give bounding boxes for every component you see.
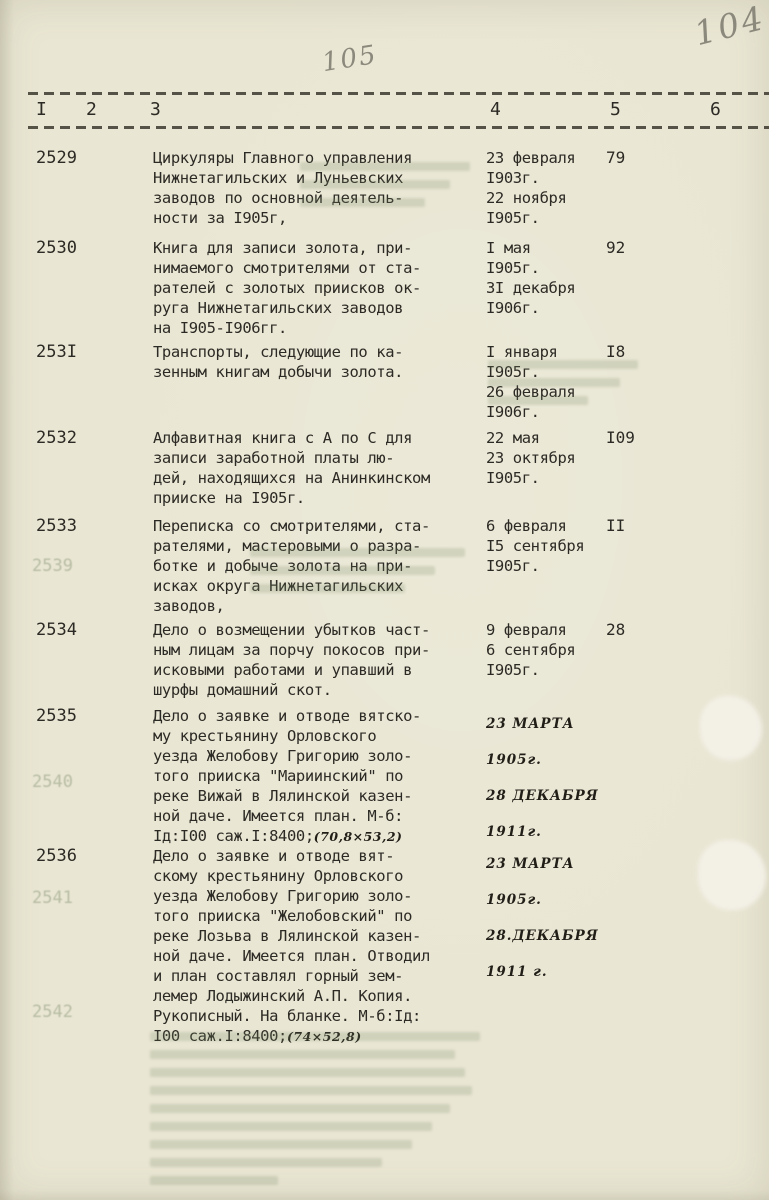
entry-number: 2534 — [36, 620, 126, 640]
bleed-through-text-line — [150, 1086, 472, 1095]
description-line: того прииска "Желобовский" по — [153, 906, 493, 926]
entry-description: Алфавитная книга с А по С длязаписи зара… — [153, 428, 493, 508]
date-line: 28 ДЕКАБРЯ — [486, 778, 636, 814]
bleed-through-text-line — [250, 584, 405, 593]
column-header-2: 2 — [86, 99, 97, 120]
bleed-through-text-line — [488, 396, 588, 405]
bleed-through-text-line — [300, 180, 450, 189]
description-line: реке Вижай в Лялинской казен- — [153, 786, 493, 806]
bleed-through-text-line — [150, 1140, 412, 1149]
date-line: 3I декабря — [486, 278, 611, 298]
entry-dates-handwritten: 23 МАРТА1905г.28.ДЕКАБРЯ1911 г. — [486, 846, 636, 990]
date-line: I905г. — [486, 556, 611, 576]
entry-description: Дело о возмещении убытков част-ным лицам… — [153, 620, 493, 700]
description-line: руга Нижнетагильских заводов — [153, 298, 493, 318]
entry-description: Дело о заявке и отводе вятско-му крестья… — [153, 706, 493, 847]
date-line: 22 ноября — [486, 188, 611, 208]
entry-number: 2536 — [36, 846, 126, 866]
sheet-count: I8 — [606, 342, 666, 361]
bleed-through-text-line — [488, 360, 638, 369]
date-line: 23 МАРТА 1905г. — [486, 706, 636, 778]
bleed-through-entry-number: 2542 — [32, 1002, 73, 1022]
date-line: I906г. — [486, 298, 611, 318]
description-line: исковыми работами и упавший в — [153, 660, 493, 680]
date-line: 6 февраля — [486, 516, 611, 536]
sheet-count: 92 — [606, 238, 666, 257]
entry-dates: 9 февраля6 сентябряI905г. — [486, 620, 611, 680]
description-line: Алфавитная книга с А по С для — [153, 428, 493, 448]
entry-number: 2529 — [36, 148, 126, 168]
bleed-through-text-line — [300, 162, 470, 171]
bleed-through-text-line — [150, 1104, 450, 1113]
description-line: му крестьянину Орловского — [153, 726, 493, 746]
date-line: I905г. — [486, 660, 611, 680]
entry-description: Дело о заявке и отводе вят-скому крестья… — [153, 846, 493, 1047]
column-header-3: 3 — [150, 99, 161, 120]
entry-number: 2532 — [36, 428, 126, 448]
correction-patch — [698, 840, 766, 910]
sheet-count: II — [606, 516, 666, 535]
entry-dates: 22 мая23 октябряI905г. — [486, 428, 611, 488]
entry-number: 2533 — [36, 516, 126, 536]
date-line: 1905г. — [486, 882, 636, 918]
date-line: I мая — [486, 238, 611, 258]
bleed-through-entry-number: 2541 — [32, 888, 73, 908]
bleed-through-text-line — [150, 1068, 465, 1077]
description-line: Транспорты, следующие по ка- — [153, 342, 493, 362]
bleed-through-entry-number: 2540 — [32, 772, 73, 792]
bleed-through-entry-number: 2539 — [32, 556, 73, 576]
description-line: прииске на I905г. — [153, 488, 493, 508]
description-line: шурфы домашний скот. — [153, 680, 493, 700]
date-line: I903г. — [486, 168, 611, 188]
date-line: 6 сентября — [486, 640, 611, 660]
description-line: уезда Желобову Григорию золо- — [153, 886, 493, 906]
date-line: 1911 г. — [486, 954, 636, 990]
bleed-through-text-line — [150, 1158, 382, 1167]
date-line: I905г. — [486, 468, 611, 488]
sheet-count: I09 — [606, 428, 666, 447]
description-line: ным лицам за порчу покосов при- — [153, 640, 493, 660]
description-line: лемер Лодыжинский А.П. Копия. — [153, 986, 493, 1006]
date-line: I5 сентября — [486, 536, 611, 556]
date-line: I января — [486, 342, 611, 362]
description-line: Дело о заявке и отводе вятско- — [153, 706, 493, 726]
bleed-through-text-block — [150, 1032, 480, 1194]
entry-description: Транспорты, следующие по ка-зенным книга… — [153, 342, 493, 382]
date-line: 23 октября — [486, 448, 611, 468]
description-line: и план составлял горный зем- — [153, 966, 493, 986]
description-line: зенным книгам добычи золота. — [153, 362, 493, 382]
date-line: 9 февраля — [486, 620, 611, 640]
date-line: 23 февраля — [486, 148, 611, 168]
entry-number: 253I — [36, 342, 126, 362]
entry-dates-handwritten: 23 МАРТА 1905г.28 ДЕКАБРЯ1911г. — [486, 706, 636, 850]
description-line: на I905-I906гг. — [153, 318, 493, 338]
description-line: реке Лозьва в Лялинской казен- — [153, 926, 493, 946]
description-line: записи заработной платы лю- — [153, 448, 493, 468]
entry-description: Книга для записи золота, при-нимаемого с… — [153, 238, 493, 338]
description-line: рателей с золотых приисков ок- — [153, 278, 493, 298]
bleed-through-text-block — [300, 162, 470, 216]
column-header-4: 4 — [490, 99, 501, 120]
scanned-archive-page: 105 104 I 2 3 4 5 6 2529Циркуляры Главно… — [0, 0, 769, 1200]
entry-dates: 6 февраляI5 сентябряI905г. — [486, 516, 611, 576]
entry-number: 2535 — [36, 706, 126, 726]
date-line: I905г. — [486, 258, 611, 278]
bleed-through-text-line — [150, 1032, 480, 1041]
description-line: Дело о заявке и отводе вят- — [153, 846, 493, 866]
bleed-through-text-line — [150, 1050, 455, 1059]
column-header-1: I — [36, 99, 47, 120]
correction-patch — [700, 696, 762, 760]
column-header-6: 6 — [710, 99, 721, 120]
bleed-through-text-line — [250, 566, 435, 575]
date-line: 28.ДЕКАБРЯ — [486, 918, 636, 954]
date-line: I905г. — [486, 208, 611, 228]
entry-dates: 23 февраляI903г.22 ноябряI905г. — [486, 148, 611, 228]
table-border-dashed-bottom — [28, 126, 769, 129]
description-line: ной даче. Имеется план. Отводил — [153, 946, 493, 966]
column-header-5: 5 — [610, 99, 621, 120]
description-line: дей, находящихся на Анинкинском — [153, 468, 493, 488]
bleed-through-text-block — [488, 360, 638, 414]
pencil-page-number-top-right: 104 — [690, 0, 769, 53]
bleed-through-text-line — [488, 378, 620, 387]
sheet-count: 79 — [606, 148, 666, 167]
date-line: 23 МАРТА — [486, 846, 636, 882]
description-line: нимаемого смотрителями от ста- — [153, 258, 493, 278]
bleed-through-text-line — [300, 198, 425, 207]
description-line: скому крестьянину Орловского — [153, 866, 493, 886]
date-line: 22 мая — [486, 428, 611, 448]
bleed-through-text-line — [150, 1176, 278, 1185]
entry-number: 2530 — [36, 238, 126, 258]
description-line: уезда Желобову Григорию золо- — [153, 746, 493, 766]
description-line: ной даче. Имеется план. М-б: — [153, 806, 493, 826]
description-line: Переписка со смотрителями, ста- — [153, 516, 493, 536]
bleed-through-text-block — [250, 548, 465, 602]
table-border-dashed-top — [28, 92, 769, 95]
pencil-page-number-center: 105 — [320, 40, 380, 78]
description-line: Дело о возмещении убытков част- — [153, 620, 493, 640]
entry-dates: I маяI905г.3I декабряI906г. — [486, 238, 611, 318]
description-line: Iд:I00 саж.I:8400;(70,8×53,2) — [153, 826, 493, 847]
sheet-count: 28 — [606, 620, 666, 639]
description-line: того прииска "Мариинский" по — [153, 766, 493, 786]
date-line: 1911г. — [486, 814, 636, 850]
description-line: Книга для записи золота, при- — [153, 238, 493, 258]
handwritten-dimension-note: (70,8×53,2) — [314, 829, 403, 844]
description-line: Рукописный. На бланке. М-б:Iд: — [153, 1006, 493, 1026]
bleed-through-text-line — [150, 1122, 432, 1131]
bleed-through-text-line — [250, 548, 465, 557]
